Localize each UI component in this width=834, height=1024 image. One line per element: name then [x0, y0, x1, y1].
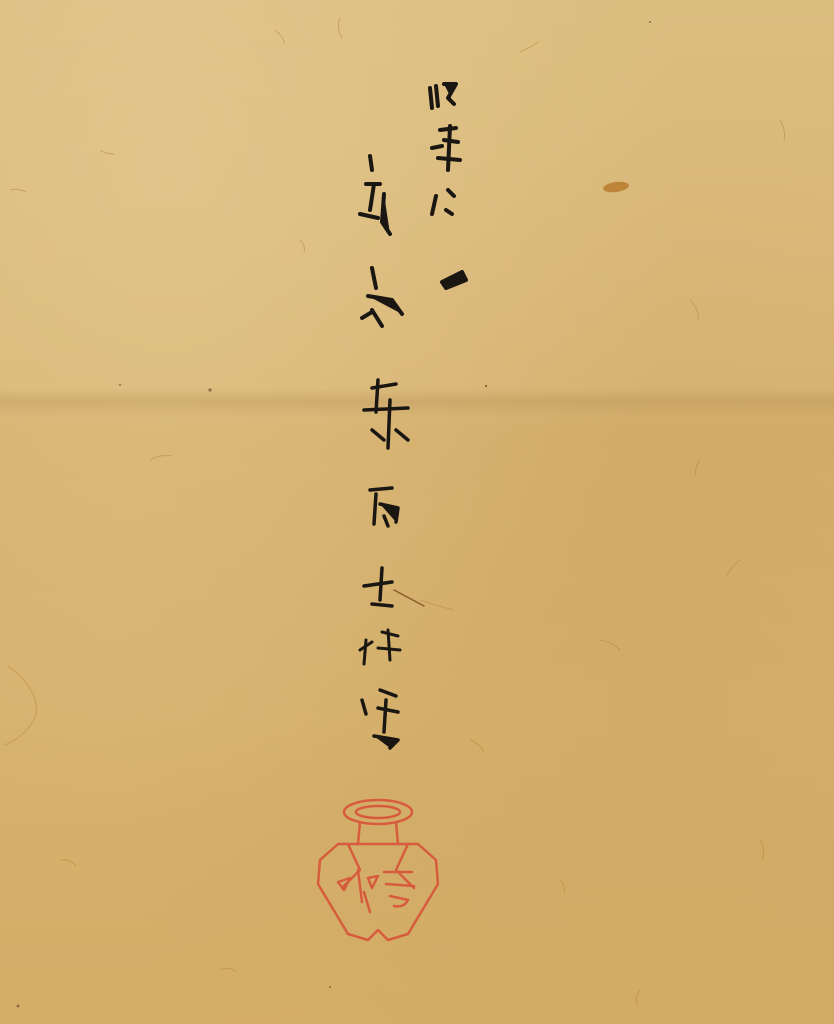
- glyph-3: [432, 190, 454, 214]
- glyph-9: [364, 568, 424, 606]
- glyph-4: [442, 272, 466, 288]
- glyph-1: [430, 84, 456, 108]
- glyph-5: [360, 156, 390, 234]
- glyph-10: [360, 630, 400, 664]
- glyph-2: [432, 126, 460, 170]
- glyph-7: [364, 380, 408, 448]
- glyph-11: [362, 690, 398, 748]
- glyph-6: [362, 268, 402, 326]
- glyph-8: [370, 488, 398, 526]
- red-vase-seal: [308, 792, 448, 952]
- scroll-paper: [0, 0, 834, 1024]
